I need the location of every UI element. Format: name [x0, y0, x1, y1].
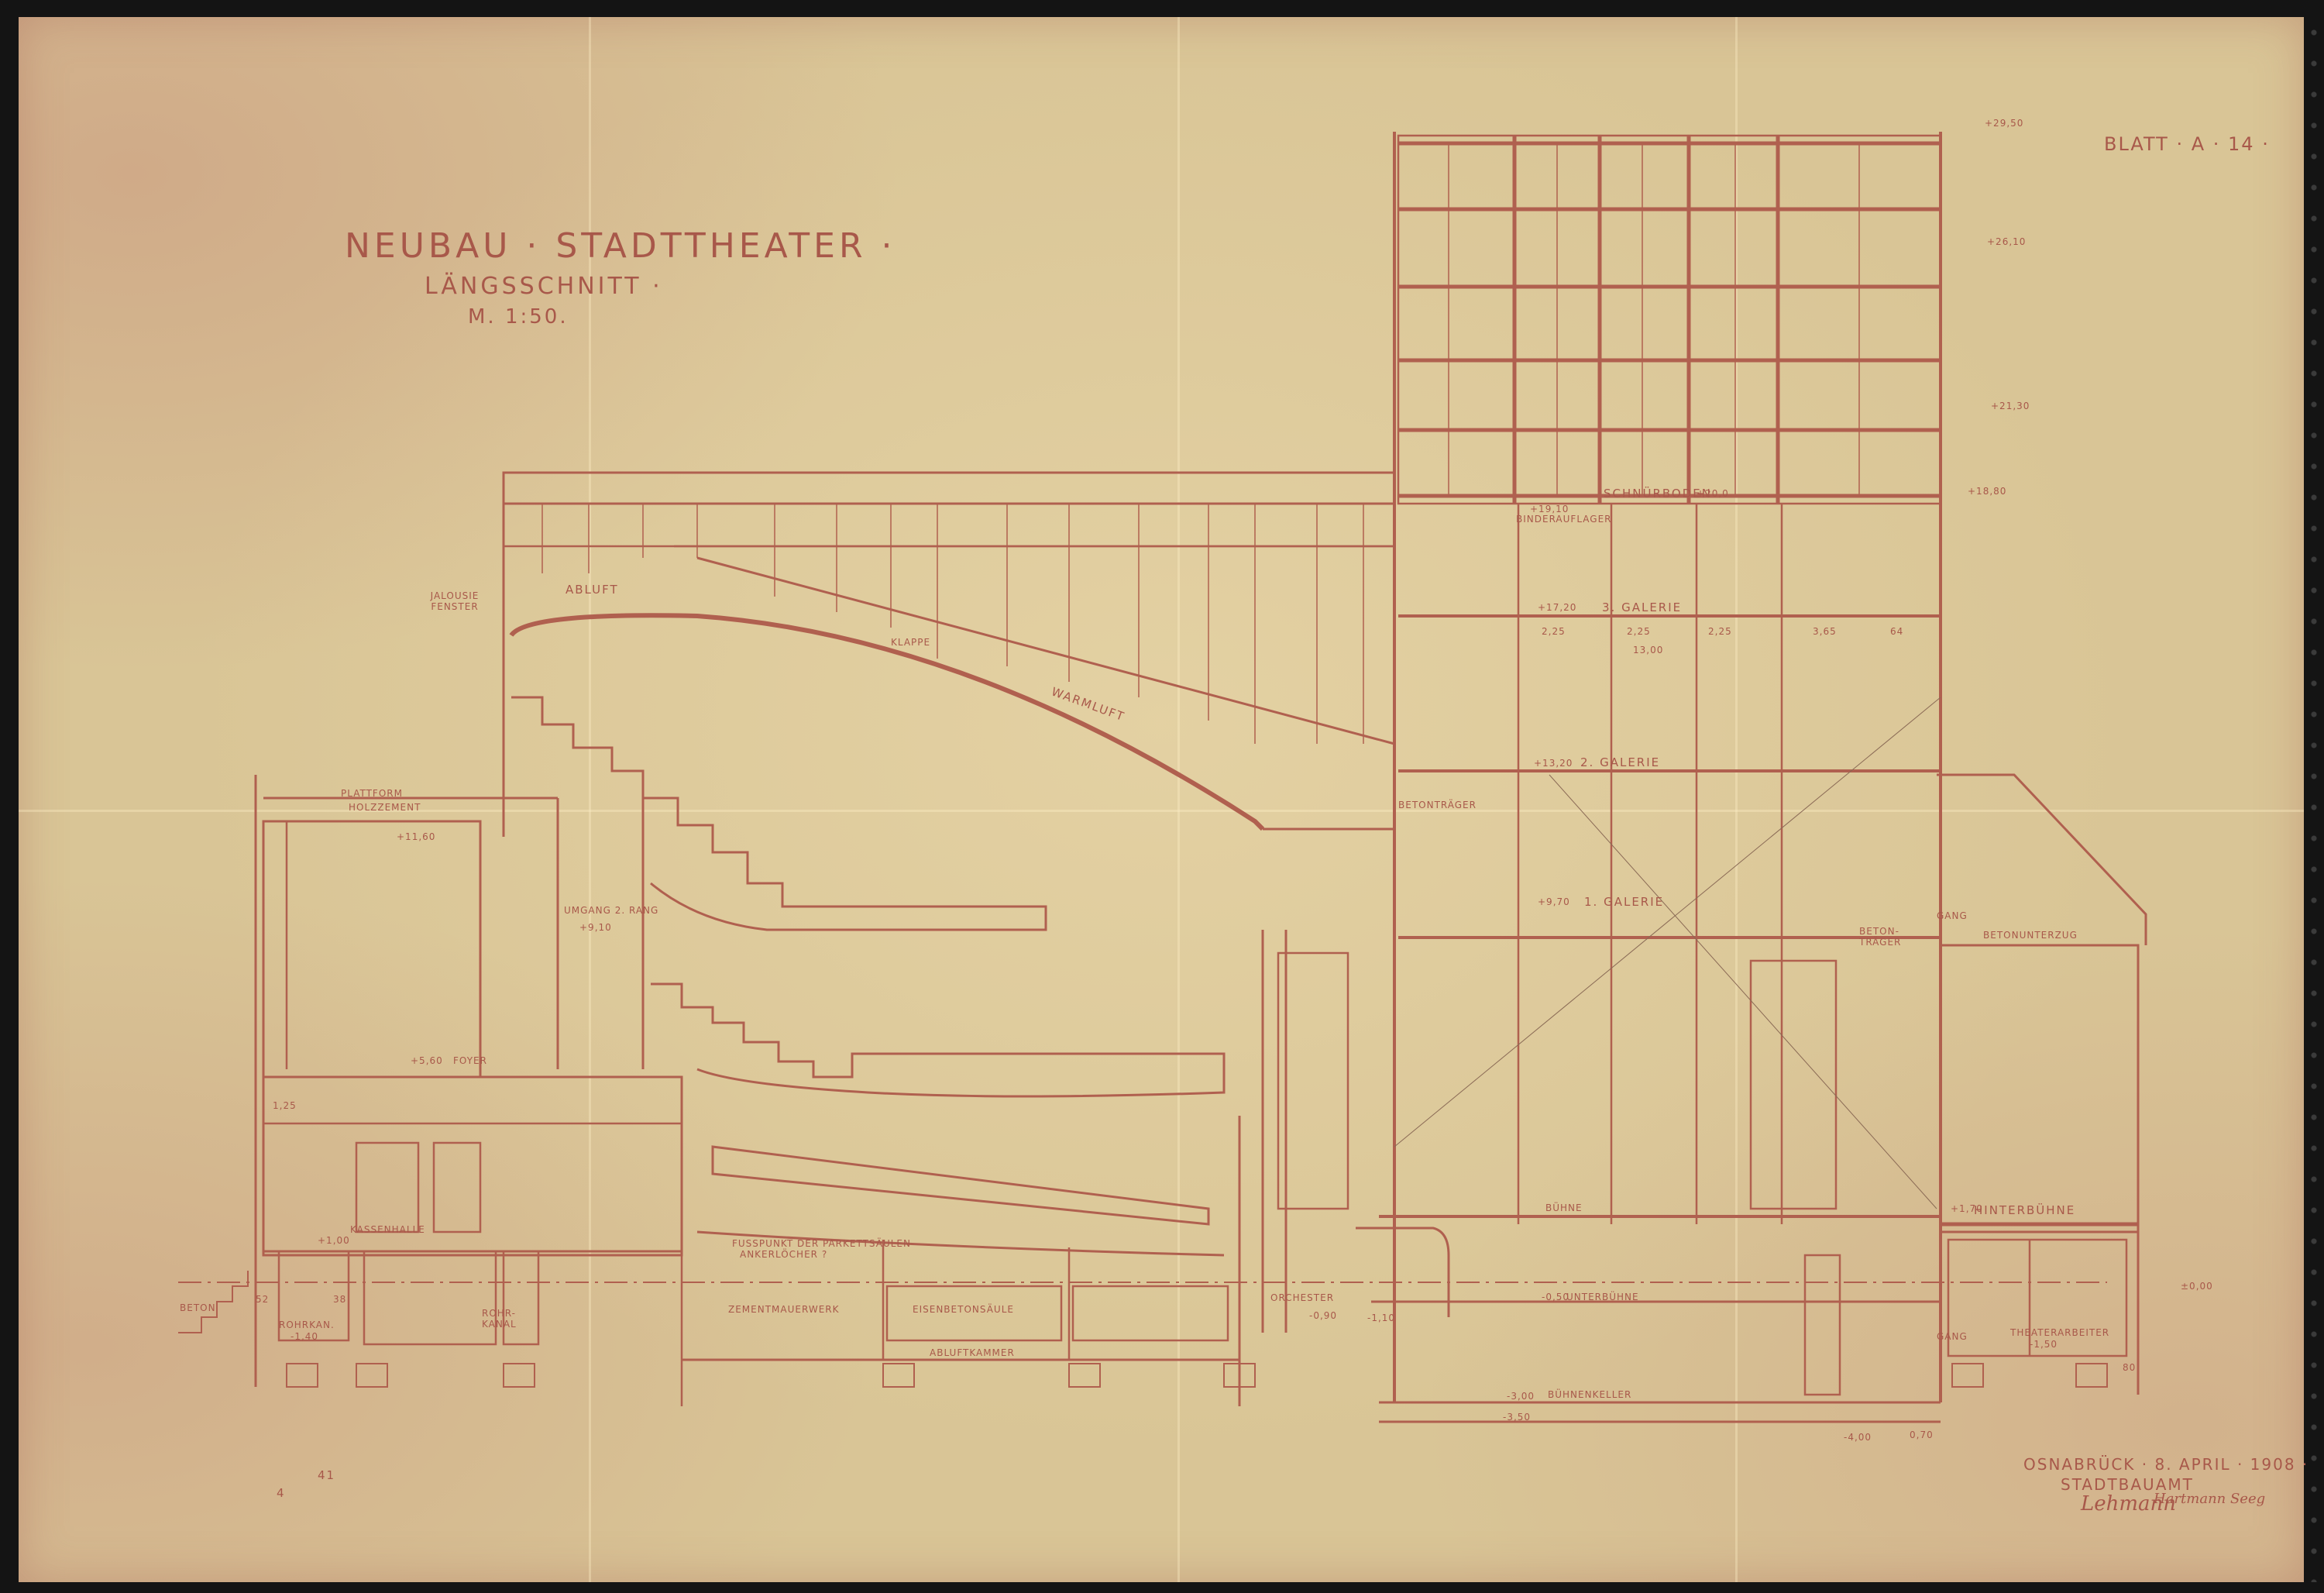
- label-zementmauerwerk: ZEMENTMAUERWERK: [728, 1304, 839, 1315]
- label-buehnenkeller: BÜHNENKELLER: [1548, 1389, 1631, 1400]
- label-gallery-1: 1. GALERIE: [1584, 895, 1664, 909]
- label-klappe: KLAPPE: [891, 637, 930, 648]
- label-plattform: PLATTFORM: [341, 788, 403, 799]
- dim-wall: 64: [1890, 626, 1903, 637]
- elev-gallery-1: +9,70: [1538, 896, 1570, 907]
- dim-bay-1: 2,25: [1542, 626, 1566, 637]
- label-gang-upper: GANG: [1937, 910, 1968, 921]
- label-betontraeger-2: BETON-TRÄGER: [1859, 926, 1906, 948]
- elev-kasse: +1,00: [318, 1235, 350, 1246]
- drawing-title: NEUBAU · STADTTHEATER ·: [345, 226, 896, 266]
- dim-125: 1,25: [273, 1100, 297, 1111]
- label-betontraeger: BETONTRÄGER: [1398, 800, 1477, 810]
- elev-hinterbuehne: +1,70: [1951, 1203, 1983, 1214]
- elev-rohr: -1,40: [290, 1331, 318, 1342]
- elev-umgang: +9,10: [579, 922, 612, 933]
- label-eisenbetonsaeule: EISENBETONSÄULE: [913, 1304, 1014, 1315]
- dim-80: 80: [2123, 1362, 2136, 1373]
- elev-plattform: +11,60: [397, 831, 435, 842]
- dim-bay-4: 3,65: [1813, 626, 1837, 637]
- elev-theaterarbeiter: -1,50: [2030, 1339, 2058, 1350]
- elev-binder: +19,10: [1530, 504, 1569, 514]
- elev-gallery-3: +17,20: [1538, 602, 1576, 613]
- drawing-subtitle: LÄNGSSCHNITT ·: [425, 273, 663, 300]
- label-ankerloecher: ANKERLÖCHER ?: [740, 1249, 827, 1260]
- margin-note-2: 41: [318, 1468, 335, 1482]
- label-gallery-2: 2. GALERIE: [1580, 755, 1660, 769]
- label-gang-lower: GANG: [1937, 1331, 1968, 1342]
- place-date: OSNABRÜCK · 8. APRIL · 1908 ·: [2023, 1455, 2309, 1474]
- label-unterbuehne: UNTERBÜHNE: [1566, 1292, 1639, 1302]
- elev-gallery-2: +13,20: [1534, 758, 1573, 769]
- sheet-number: BLATT · A · 14 ·: [2104, 133, 2270, 155]
- label-holzzement: HOLZZEMENT: [349, 802, 421, 813]
- label-binderauflager: BINDERAUFLAGER: [1516, 514, 1612, 525]
- elev-18: +18,80: [1968, 486, 2006, 497]
- elev-21: +21,30: [1991, 401, 2030, 411]
- elev-top: +29,50: [1985, 118, 2023, 129]
- dim-070: 0,70: [1910, 1430, 1934, 1440]
- margin-note-1: 4: [277, 1486, 286, 1500]
- label-theaterarbeiter: THEATERARBEITER: [2010, 1327, 2109, 1338]
- elev-26: +26,10: [1987, 236, 2026, 247]
- label-abluftkammer: ABLUFTKAMMER: [930, 1347, 1015, 1358]
- label-hinterbuehne: HINTERBÜHNE: [1974, 1203, 2075, 1217]
- label-jalousie: JALOUSIE FENSTER: [428, 590, 482, 612]
- elev-unterbuehne: -0,50: [1542, 1292, 1569, 1302]
- elev-foyer: +5,60: [411, 1055, 443, 1066]
- elev-keller: -3,00: [1507, 1391, 1535, 1402]
- label-orchester: ORCHESTER: [1270, 1292, 1334, 1303]
- elev-orchester-2: -1,10: [1367, 1313, 1395, 1323]
- label-fusspunkt: FUSSPUNKT DER PARKETTSÄULEN: [732, 1238, 911, 1249]
- label-foyer: FOYER: [453, 1055, 487, 1066]
- dim-total: 13,00: [1633, 645, 1663, 655]
- label-buehne: BÜHNE: [1545, 1202, 1583, 1213]
- label-betonunterzug: BETONUNTERZUG: [1983, 930, 2078, 941]
- elev-keller-bottom: -3,50: [1503, 1412, 1531, 1423]
- drawing-scale: M. 1:50.: [468, 305, 569, 329]
- label-gallery-3: 3. GALERIE: [1602, 600, 1682, 614]
- label-beton: BETON: [180, 1302, 216, 1313]
- elev-zero: ±0,00: [2181, 1281, 2213, 1292]
- label-rohrkanal-2: ROHR-KANAL: [482, 1308, 521, 1330]
- label-rohrkanal-1: ROHRKAN.: [279, 1319, 335, 1330]
- label-schnurboden: SCHNÜRBODEN: [1604, 487, 1712, 501]
- elev-pit: -4,00: [1844, 1432, 1872, 1443]
- dim-52: 52: [256, 1294, 269, 1305]
- label-kassenhalle: KASSENHALLE: [350, 1224, 425, 1235]
- dim-bay-3: 2,25: [1708, 626, 1732, 637]
- elev-schnurboden: +20,0: [1697, 488, 1729, 499]
- signature-2: Hartmann Seeg: [2154, 1491, 2265, 1507]
- elev-orchester: -0,90: [1309, 1310, 1337, 1321]
- label-umgang: UMGANG 2. RANG: [564, 905, 658, 916]
- label-abluft: ABLUFT: [566, 583, 619, 597]
- dim-38: 38: [333, 1294, 346, 1305]
- dim-bay-2: 2,25: [1627, 626, 1651, 637]
